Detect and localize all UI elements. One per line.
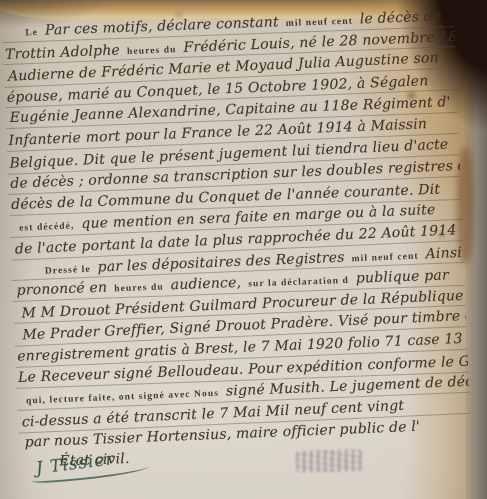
printed-form-text: Le (25, 28, 38, 38)
handwritten-text: prononcé en (16, 280, 107, 299)
ink-stamp (296, 449, 363, 473)
printed-form-text: est décédé, (19, 222, 75, 234)
handwritten-text: le décès de (360, 8, 442, 27)
handwritten-text: Ainsi jugé et (425, 242, 464, 262)
printed-form-text: mil neuf cent (351, 251, 418, 264)
handwritten-text: Trottin Adolphe (5, 42, 120, 63)
printed-form-text: heures du (127, 45, 177, 57)
handwritten-text: audience, (170, 275, 241, 294)
printed-form-text: sur la déclaration d (248, 276, 349, 290)
printed-form-text: mil neuf cent (286, 17, 353, 29)
handwritten-text: publique par (356, 267, 450, 286)
register-photo: LePar ces motifs, déclare constantmil ne… (0, 0, 487, 499)
printed-form-text: Dressé le (45, 264, 91, 276)
text-block: LePar ces motifs, déclare constantmil ne… (2, 4, 472, 473)
printed-form-text: heures du (114, 283, 164, 295)
